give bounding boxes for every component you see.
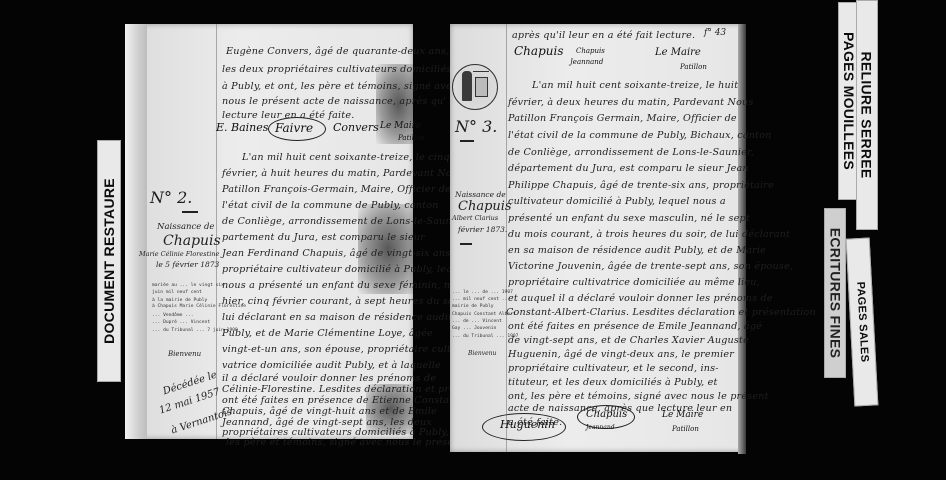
divider xyxy=(182,211,198,213)
label-text: DOCUMENT RESTAURE xyxy=(101,178,117,344)
signature: Chapuis xyxy=(514,44,563,58)
left-top-line: les deux propriétaires cultivateurs domi… xyxy=(222,64,451,75)
right-body-line: Huguenin, âgé de vingt-deux ans, le prem… xyxy=(508,349,734,360)
right-body-line: propriétaire cultivatrice domiciliée au … xyxy=(508,277,760,288)
margin-given-names: Albert Clarius xyxy=(452,214,498,222)
folio-number: f° 43 xyxy=(704,28,726,38)
margin-surname: Chapuis xyxy=(163,233,221,249)
left-body-line: partement du Jura, est comparu le sieur xyxy=(222,232,425,243)
left-body-line: l'état civil de la commune de Publy, can… xyxy=(222,200,439,211)
right-body-line: l'état civil de la commune de Publy, Bic… xyxy=(508,130,772,141)
right-body-line: propriétaire cultivateur, et le second, … xyxy=(508,363,719,374)
annotation-line: mairie de Publy xyxy=(452,304,494,310)
right-body-line: ont, les père et témoins, signé avec nou… xyxy=(508,391,769,402)
marriage-annotation-line: ... Vendôme ... xyxy=(152,313,194,319)
marriage-annotation-line: mariée au ... le vingt six xyxy=(152,283,224,289)
seal-figure xyxy=(462,71,472,101)
right-body-line: Philippe Chapuis, âgé de trente-six ans,… xyxy=(508,180,774,191)
signature: Chapuis xyxy=(586,409,627,420)
left-body-line: lui déclarant en sa maison de résidence … xyxy=(222,312,452,323)
right-body-line: tituteur, et les deux domiciliés à Publy… xyxy=(508,377,718,388)
act-number: N° 3. xyxy=(455,117,497,136)
left-body-line: vingt-et-un ans, son épouse, propriétair… xyxy=(222,344,458,355)
label-text: PAGES SALES xyxy=(854,281,870,362)
left-page-edge xyxy=(125,24,147,439)
right-body-line: Victorine Jouvenin, âgée de trente-sept … xyxy=(508,261,793,272)
right-body-line: ont été faites en présence de Emile Jean… xyxy=(508,321,762,332)
right-body-line: Patillon François Germain, Maire, Offici… xyxy=(508,113,737,124)
left-body-line: février, à huit heures du matin, Pardeva… xyxy=(222,168,463,179)
annotation-signature: Bienvenu xyxy=(468,350,496,357)
left-body-line: vatrice domiciliée audit Publy, et à laq… xyxy=(222,360,441,371)
marriage-annotation-line: juin mil neuf cent xyxy=(152,290,202,296)
right-body-line: de vingt-sept ans, et de Charles Xavier … xyxy=(508,335,749,346)
label-text: ECRITURES FINES xyxy=(827,228,843,359)
left-body-line: Patillon François-Germain, Maire, Offici… xyxy=(222,184,451,195)
signature: Convers xyxy=(333,121,379,134)
signature: Le Maire xyxy=(662,410,703,420)
signature: Patillon xyxy=(398,134,425,142)
left-top-line: à Publy, et ont, les père et témoins, si… xyxy=(222,81,457,92)
signature: Jeannand xyxy=(586,424,615,431)
left-body-line: les père et témoins, signé avec nous le … xyxy=(226,437,464,448)
seal-scale xyxy=(473,71,489,76)
right-body-line: en sa maison de résidence audit Publy, e… xyxy=(508,245,766,256)
margin-title: Naissance de xyxy=(157,222,214,232)
margin-surname: Chapuis xyxy=(458,199,512,214)
right-body-line: L'an mil huit cent soixante-treize, le h… xyxy=(532,80,738,91)
signature: Patillon xyxy=(680,63,707,71)
right-body-line: département du Jura, est comparu le sieu… xyxy=(508,163,749,174)
right-body-line: février, à deux heures du matin, Pardeva… xyxy=(508,97,754,108)
official-seal-stamp xyxy=(452,64,498,110)
seal-tablet xyxy=(475,77,488,97)
signature: Faivre xyxy=(275,121,313,135)
label-reliure-serree: RELIURE SERREE xyxy=(856,0,878,230)
signature: Le Maire xyxy=(380,121,421,131)
left-body-line: hier, cinq février courant, à sept heure… xyxy=(222,296,464,307)
right-body-line: de Conliège, arrondissement de Lons-le-S… xyxy=(508,147,754,158)
annotation-line: ... de ... Vincent xyxy=(452,319,502,325)
annotation-line: ... mil neuf cent ... xyxy=(452,297,510,303)
right-body-line: présenté un enfant du sexe masculin, né … xyxy=(508,213,750,224)
right-body-line: cultivateur domicilié à Publy, lequel no… xyxy=(508,196,726,207)
annotation-line: ... le ... de ... 1907 xyxy=(452,290,513,296)
signature: Patillon xyxy=(672,425,699,433)
left-body-line: de Conliège, arrondissement de Lons-le-S… xyxy=(222,216,487,227)
marriage-annotation-line: ... Dupré ... Vincent xyxy=(152,320,210,326)
signature: Huguenin xyxy=(500,418,555,431)
right-body-line: Constant-Albert-Clarius. Lesdites déclar… xyxy=(506,307,816,318)
label-text: RELIURE SERREE xyxy=(859,51,875,178)
label-text: PAGES MOUILLEES xyxy=(841,32,857,170)
annotation-signature: Bienvenu xyxy=(168,350,201,358)
left-body-line: ont été faites en présence de Etienne Co… xyxy=(222,395,460,406)
margin-date: février 1873. xyxy=(458,225,507,234)
left-top-line: Eugène Convers, âgé de quarante-deux ans… xyxy=(226,46,449,57)
signature: E. Baines xyxy=(216,121,268,134)
left-body-line: Chapuis, âgé de vingt-huit ans et de Emi… xyxy=(222,406,437,417)
left-body-line: nous a présenté un enfant du sexe fémini… xyxy=(222,280,456,291)
margin-given-names: Marie Célinie Florestine xyxy=(139,250,219,258)
margin-date: le 5 février 1873 xyxy=(156,260,219,269)
signature: Chapuis xyxy=(576,47,605,55)
divider xyxy=(460,243,472,245)
signature: Jeannand xyxy=(570,58,603,66)
left-body-line: il a déclaré vouloir donner les prénoms … xyxy=(222,373,436,384)
label-document-restaure: DOCUMENT RESTAURE xyxy=(97,140,121,382)
left-top-line: nous le présent acte de naissance, après… xyxy=(222,96,446,107)
annotation-line: Gay ... Jouvenin xyxy=(452,326,496,332)
divider xyxy=(460,140,474,142)
right-body-line: et auquel il a déclaré vouloir donner le… xyxy=(508,293,773,304)
left-body-line: Publy, et de Marie Clémentine Loye, âgée xyxy=(222,328,433,339)
right-top-line: après qu'il leur en a été fait lecture. xyxy=(512,30,695,41)
signature: Le Maire xyxy=(655,47,701,58)
left-body-line: propriétaire cultivateur domicilié à Pub… xyxy=(222,264,468,275)
label-ecritures-fines: ECRITURES FINES xyxy=(824,208,846,378)
left-body-line: Jean Ferdinand Chapuis, âgé de vingt-six… xyxy=(222,248,454,259)
left-body-line: L'an mil huit cent soixante-treize, le c… xyxy=(242,152,450,163)
right-body-line: du mois courant, à trois heures du soir,… xyxy=(508,229,790,240)
margin-title: Naissance de xyxy=(455,190,506,199)
act-number: N° 2. xyxy=(150,188,192,207)
